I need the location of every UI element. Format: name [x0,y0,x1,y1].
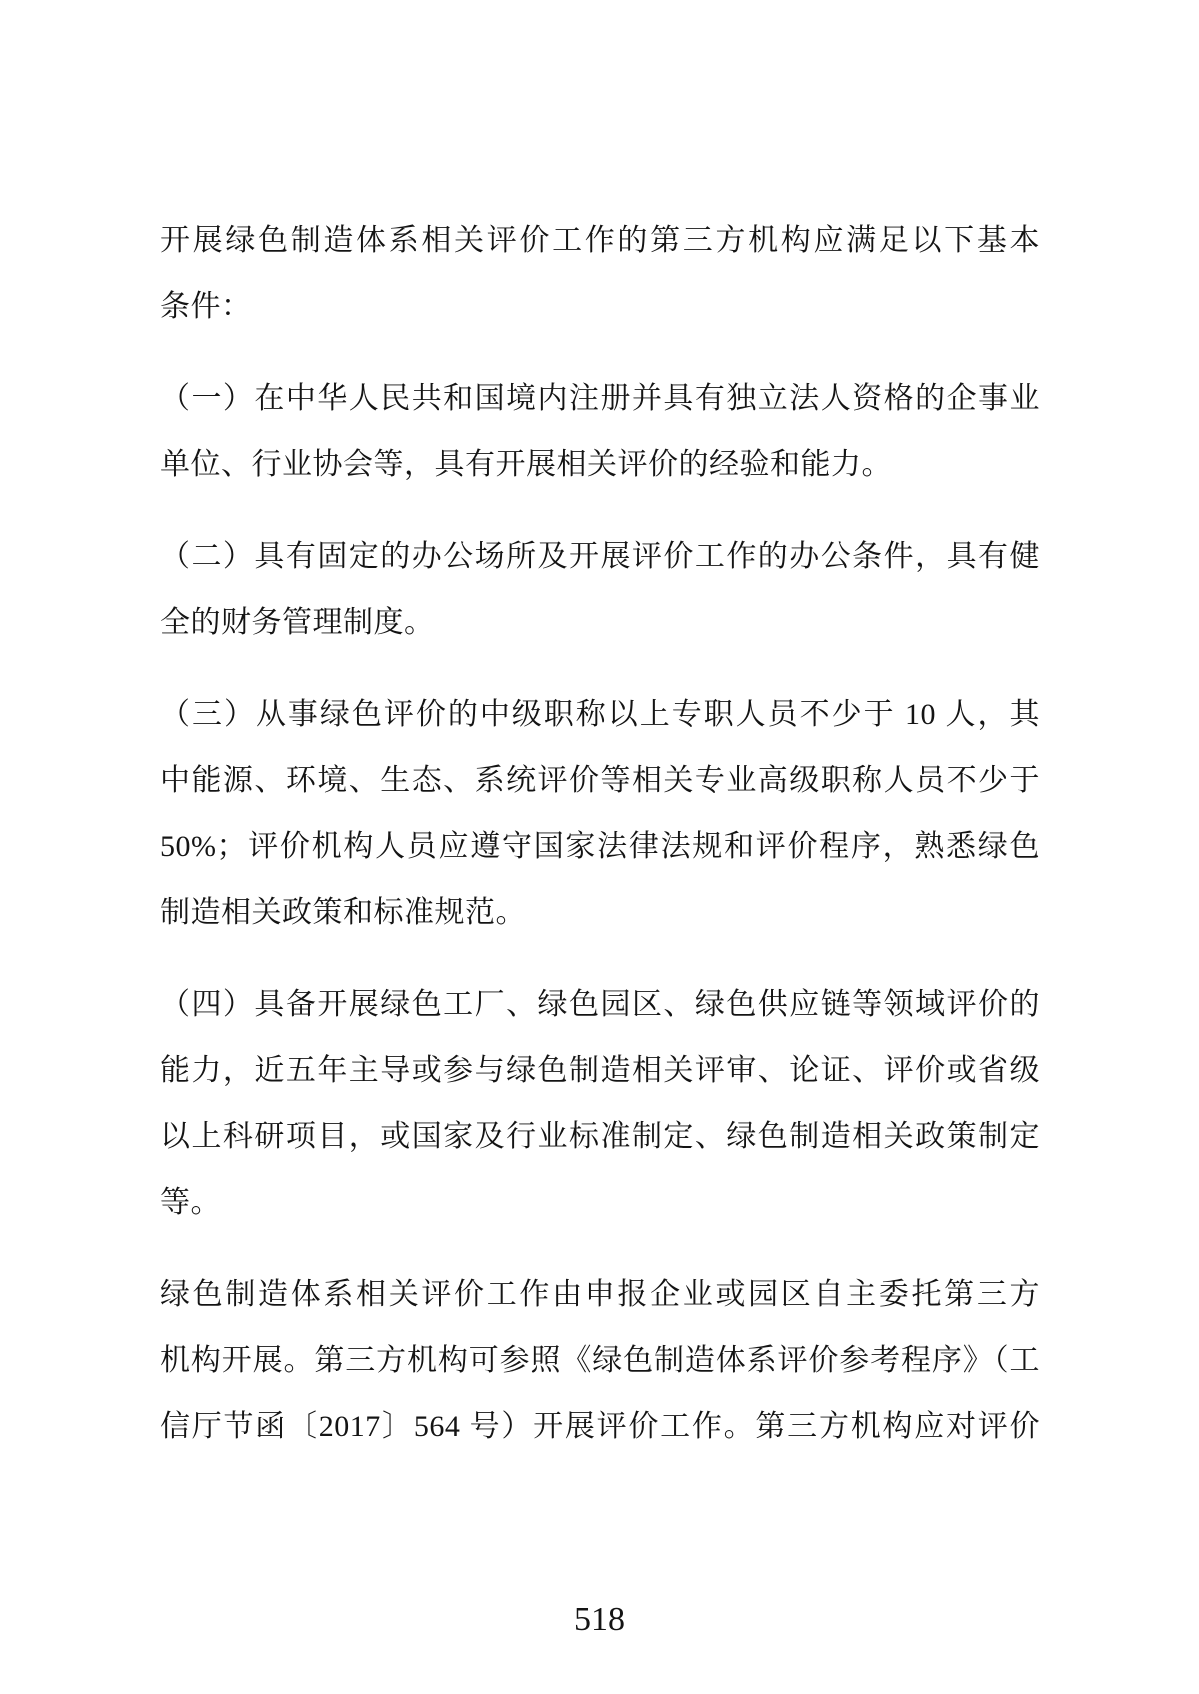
text-line: （一）在中华人民共和国境内注册并具有独立法人资格的企事业 [160,366,1040,432]
paragraph: （二）具有固定的办公场所及开展评价工作的办公条件，具有健全的财务管理制度。 [160,524,1040,656]
text-line: 能力，近五年主导或参与绿色制造相关评审、论证、评价或省级 [160,1038,1040,1104]
document-page: 开展绿色制造体系相关评价工作的第三方机构应满足以下基本条件：（一）在中华人民共和… [0,0,1199,1694]
document-body: 开展绿色制造体系相关评价工作的第三方机构应满足以下基本条件：（一）在中华人民共和… [160,208,1040,1460]
paragraph: （一）在中华人民共和国境内注册并具有独立法人资格的企事业单位、行业协会等，具有开… [160,366,1040,498]
text-line: 等。 [160,1170,1040,1236]
paragraph: （四）具备开展绿色工厂、绿色园区、绿色供应链等领域评价的能力，近五年主导或参与绿… [160,972,1040,1236]
text-line: 中能源、环境、生态、系统评价等相关专业高级职称人员不少于 [160,748,1040,814]
text-line: 制造相关政策和标准规范。 [160,880,1040,946]
text-line: 绿色制造体系相关评价工作由申报企业或园区自主委托第三方 [160,1262,1040,1328]
text-line: 开展绿色制造体系相关评价工作的第三方机构应满足以下基本 [160,208,1040,274]
paragraph: 绿色制造体系相关评价工作由申报企业或园区自主委托第三方机构开展。第三方机构可参照… [160,1262,1040,1460]
text-line: 50%；评价机构人员应遵守国家法律法规和评价程序，熟悉绿色 [160,814,1040,880]
text-line: 全的财务管理制度。 [160,590,1040,656]
text-line: 信厅节函〔2017〕564 号）开展评价工作。第三方机构应对评价 [160,1394,1040,1460]
text-line: （四）具备开展绿色工厂、绿色园区、绿色供应链等领域评价的 [160,972,1040,1038]
paragraph: （三）从事绿色评价的中级职称以上专职人员不少于 10 人，其中能源、环境、生态、… [160,682,1040,946]
page-number: 518 [0,1600,1199,1640]
text-line: 机构开展。第三方机构可参照《绿色制造体系评价参考程序》（工 [160,1328,1040,1394]
text-line: （二）具有固定的办公场所及开展评价工作的办公条件，具有健 [160,524,1040,590]
paragraph: 开展绿色制造体系相关评价工作的第三方机构应满足以下基本条件： [160,208,1040,340]
text-line: 条件： [160,274,1040,340]
text-line: 以上科研项目，或国家及行业标准制定、绿色制造相关政策制定 [160,1104,1040,1170]
text-line: （三）从事绿色评价的中级职称以上专职人员不少于 10 人，其 [160,682,1040,748]
text-line: 单位、行业协会等，具有开展相关评价的经验和能力。 [160,432,1040,498]
